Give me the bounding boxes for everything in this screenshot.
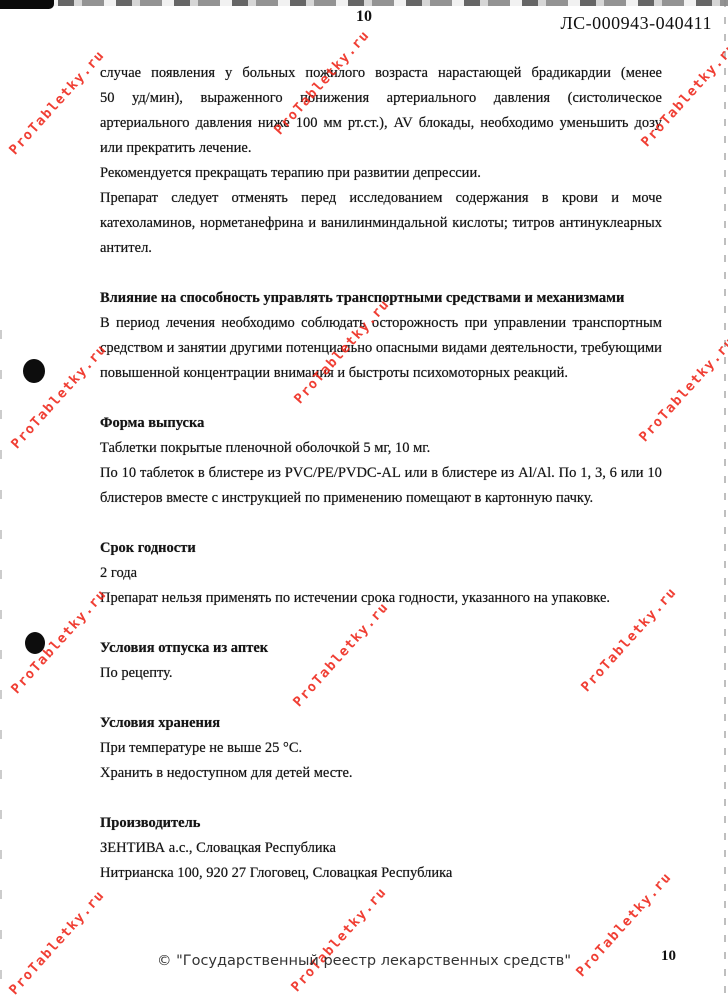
scan-artifact-top-edge — [0, 0, 728, 6]
text-line: При температуре не выше 25 °С. — [100, 736, 662, 761]
text-line: ЗЕНТИВА а.с., Словацкая Республика — [100, 836, 662, 861]
text-line: Таблетки покрытые пленочной оболочкой 5 … — [100, 436, 662, 461]
watermark-text: ProTabletky.ru — [8, 586, 110, 697]
text-line: или прекратить лечение. — [100, 136, 662, 161]
text-line: 50уд/мин),выраженногопониженияартериальн… — [100, 86, 662, 111]
text-line: Нитрианска 100, 920 27 Глоговец, Словацк… — [100, 861, 662, 886]
section-heading: Условия отпуска из аптек — [100, 636, 662, 661]
scan-artifact-left-edge — [0, 330, 2, 1000]
blank-line — [100, 786, 662, 811]
text-line: блистеров вместе с инструкцией по примен… — [100, 486, 662, 511]
scanned-document-page: { "page": { "top_page_number": "10", "do… — [0, 0, 728, 1000]
text-line: случаепоявленияубольныхпожилоговозрастан… — [100, 61, 662, 86]
text-line: артериальногодавленияниже100ммрт.ст.),AV… — [100, 111, 662, 136]
text-line: По рецепту. — [100, 661, 662, 686]
watermark-text: ProTabletky.ru — [8, 341, 110, 452]
document-body: случаепоявленияубольныхпожилоговозрастан… — [100, 61, 662, 886]
text-line: повышенной концентрации внимания и быстр… — [100, 361, 662, 386]
section-heading: Производитель — [100, 811, 662, 836]
text-line: Хранить в недоступном для детей месте. — [100, 761, 662, 786]
blank-line — [100, 511, 662, 536]
section-heading: Условия хранения — [100, 711, 662, 736]
section-heading: Срок годности — [100, 536, 662, 561]
text-line: катехоламинов,норметанефринаиванилинминд… — [100, 211, 662, 236]
punch-hole — [23, 359, 45, 383]
blank-line — [100, 686, 662, 711]
text-line: Рекомендуется прекращать терапию при раз… — [100, 161, 662, 186]
blank-line — [100, 261, 662, 286]
text-line: По10таблетоквблистереизPVC/PE/PVDC-ALили… — [100, 461, 662, 486]
footer-copyright: © "Государственный реестр лекарственных … — [0, 953, 728, 969]
text-line: Препаратследуетотменятьпередисследование… — [100, 186, 662, 211]
scan-artifact-right-edge — [724, 0, 726, 1000]
doc-registration-number: ЛС-000943-040411 — [560, 13, 712, 34]
text-line: 2 года — [100, 561, 662, 586]
bottom-page-number: 10 — [661, 948, 676, 965]
text-line: антител. — [100, 236, 662, 261]
watermark-text: ProTabletky.ru — [288, 884, 390, 995]
watermark-text: ProTabletky.ru — [6, 887, 108, 998]
blank-line — [100, 386, 662, 411]
watermark-text: ProTabletky.ru — [6, 47, 108, 158]
text-line: средствомизанятиидругимипотенциальноопас… — [100, 336, 662, 361]
section-heading: Форма выпуска — [100, 411, 662, 436]
